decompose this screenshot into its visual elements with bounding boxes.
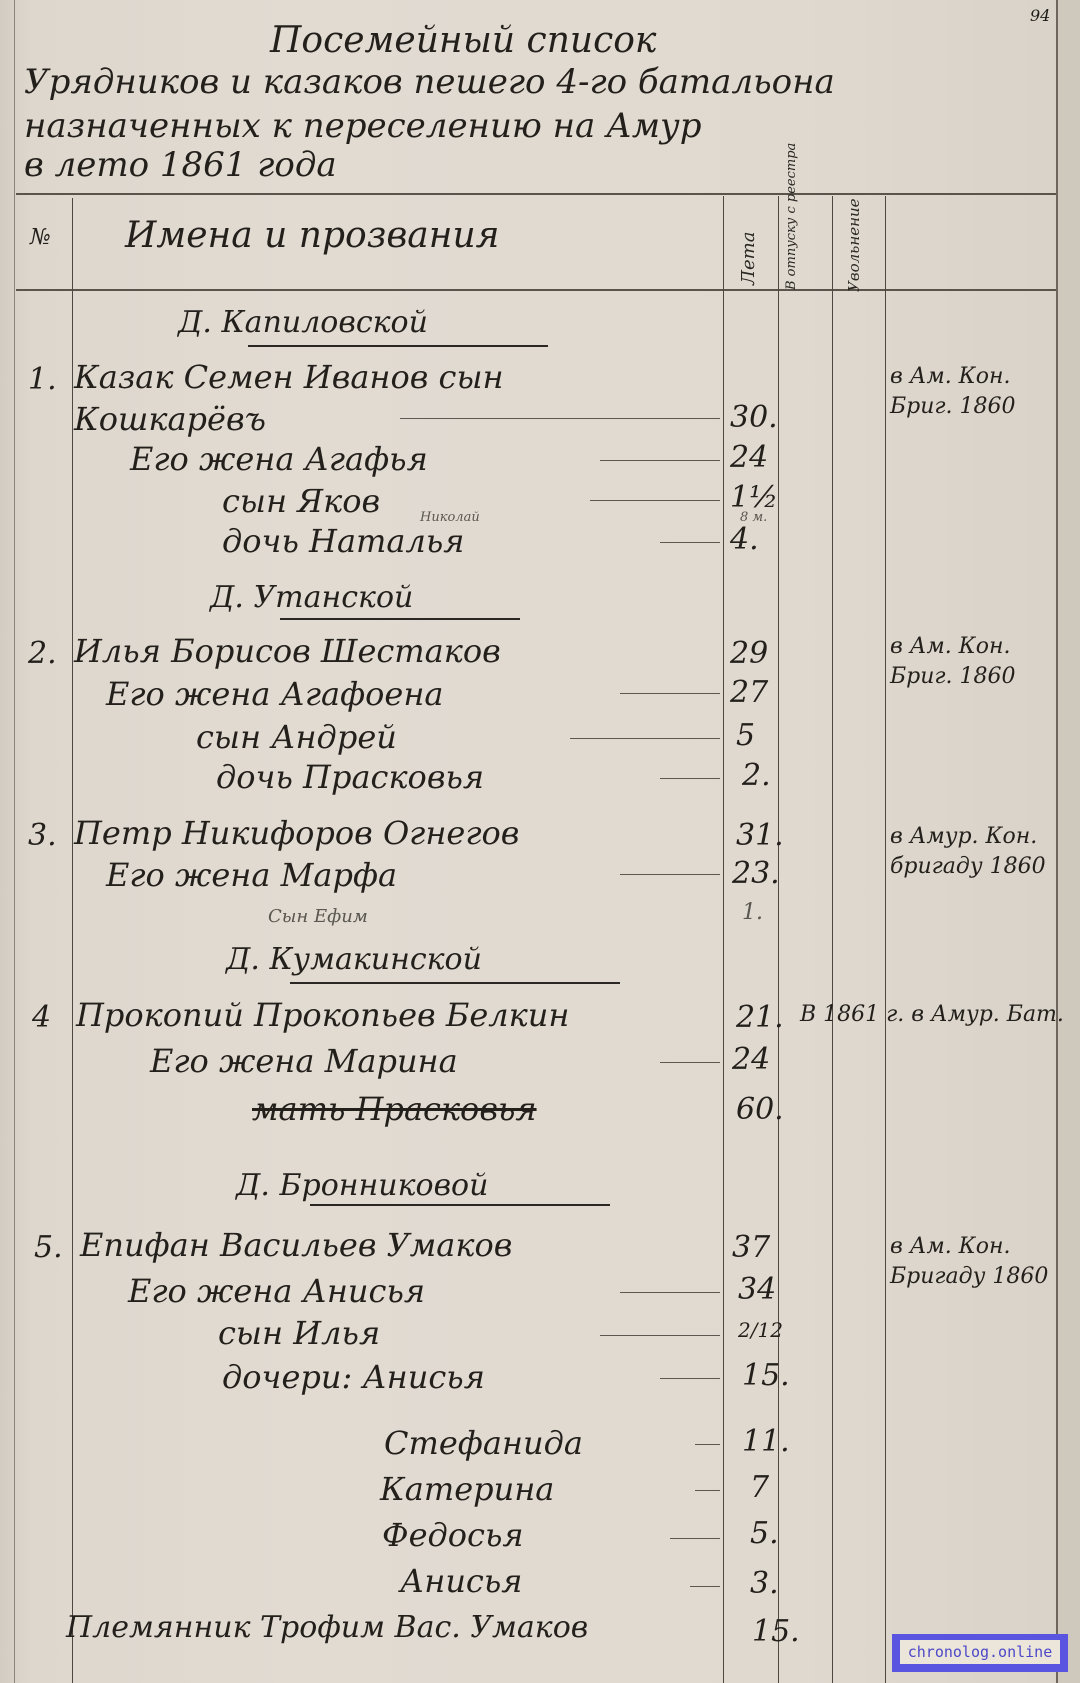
member-name: Епифан Васильев Умаков <box>80 1226 512 1264</box>
member-age: 30. <box>730 400 778 435</box>
leader-line <box>660 1062 720 1063</box>
family-note: в Ам. Кон. Бригаду 1860 <box>890 1232 1055 1292</box>
member-name: Его жена Агафоена <box>106 675 444 713</box>
header-age: Лета <box>738 232 759 285</box>
family-note: В 1861 г. в Амур. Бат. <box>800 1000 1060 1030</box>
member-age: 4. <box>730 522 759 557</box>
member-name: Анисья <box>400 1562 522 1600</box>
member-age: 31. <box>736 818 784 853</box>
village-heading: Д. Утанской <box>210 580 413 615</box>
family-number: 3. <box>28 818 57 853</box>
member-name: Его жена Агафья <box>130 440 428 478</box>
member-age: 37 <box>732 1230 770 1265</box>
column-divider-col4 <box>885 196 886 1683</box>
page-edge-left <box>14 0 15 1683</box>
member-age: 2. <box>742 758 771 793</box>
leader-line <box>620 874 720 875</box>
member-name: Его жена Анисья <box>128 1272 425 1310</box>
village-heading: Д. Капиловской <box>178 305 428 340</box>
title-line-2: Урядников и казаков пешего 4-го батальон… <box>24 62 835 102</box>
watermark-badge: chronolog.online <box>892 1634 1068 1672</box>
family-number: 4 <box>32 1000 51 1035</box>
member-name: Федосья <box>382 1516 524 1554</box>
village-underline <box>290 982 620 984</box>
village-underline <box>248 345 548 347</box>
village-heading: Д. Бронниковой <box>236 1168 488 1203</box>
page-number: 94 <box>1030 6 1050 25</box>
member-age: 24 <box>732 1042 770 1077</box>
header-top-rule <box>16 193 1056 195</box>
member-name: Петр Никифоров Огнегов <box>74 814 519 852</box>
member-age: 5 <box>736 718 755 753</box>
member-age: 60. <box>736 1092 784 1127</box>
member-age: 2/12 <box>738 1318 783 1342</box>
member-age: 11. <box>742 1424 790 1459</box>
member-age: 15. <box>742 1358 790 1393</box>
member-age: 7 <box>750 1470 769 1505</box>
member-name: Илья Борисов Шестаков <box>74 632 501 670</box>
leader-line <box>600 460 720 461</box>
member-name: Кошкарёвъ <box>74 400 266 438</box>
leader-line <box>690 1586 720 1587</box>
leader-line <box>590 500 720 501</box>
title-line-4: в лето 1861 года <box>24 145 337 185</box>
leader-line <box>570 738 720 739</box>
member-name: Прокопий Прокопьев Белкин <box>76 996 569 1034</box>
member-age: 21. <box>736 1000 784 1035</box>
member-name: Племянник Трофим Вас. Умаков <box>66 1610 588 1645</box>
leader-line <box>600 1335 720 1336</box>
leader-line <box>620 1292 720 1293</box>
member-age: 1. <box>742 900 763 925</box>
leader-line <box>620 693 720 694</box>
leader-line <box>695 1490 720 1491</box>
member-age: 3. <box>750 1566 779 1601</box>
member-age: 5. <box>750 1516 779 1551</box>
title-line-3: назначенных к переселению на Амур <box>24 106 702 146</box>
member-name: Катерина <box>380 1470 554 1508</box>
member-name: Его жена Марина <box>150 1042 458 1080</box>
family-note: в Ам. Кон. Бриг. 1860 <box>890 362 1055 422</box>
member-age: 23. <box>732 856 780 891</box>
member-age: 15. <box>752 1614 800 1649</box>
member-name-pencil: Сын Ефим <box>268 906 368 927</box>
header-names: Имена и прозвания <box>125 215 499 256</box>
member-name-struck: мать Прасковья <box>252 1090 537 1128</box>
village-underline <box>280 618 520 620</box>
member-age: 29 <box>730 636 768 671</box>
header-col3: В отпуску с реестра <box>784 143 799 290</box>
village-underline <box>310 1204 610 1206</box>
family-number: 2. <box>28 636 57 671</box>
leader-line <box>695 1444 720 1445</box>
page-edge-right <box>1056 0 1080 1683</box>
header-number: № <box>30 225 51 250</box>
member-age: 24 <box>730 440 768 475</box>
family-number: 5. <box>34 1230 63 1265</box>
member-name: Его жена Марфа <box>106 856 397 894</box>
member-name: дочь Наталья <box>222 522 464 560</box>
leader-line <box>660 778 720 779</box>
member-age: 27 <box>730 675 768 710</box>
column-divider-age-left <box>723 196 724 1683</box>
member-age: 34 <box>738 1272 776 1307</box>
leader-line <box>660 542 720 543</box>
member-name: дочери: Анисья <box>222 1358 485 1396</box>
column-divider-col3 <box>832 196 833 1683</box>
member-name: сын Илья <box>218 1314 380 1352</box>
leader-line <box>400 418 720 419</box>
title-line-1: Посемейный список <box>270 20 656 61</box>
member-name: Казак Семен Иванов сын <box>74 358 504 396</box>
family-number: 1. <box>28 362 57 397</box>
header-bottom-rule <box>16 289 1056 291</box>
member-name: дочь Прасковья <box>216 758 484 796</box>
family-note: в Амур. Кон. бригаду 1860 <box>890 822 1055 882</box>
village-heading: Д. Кумакинской <box>226 942 482 977</box>
member-name: сын Андрей <box>196 718 397 756</box>
leader-line <box>660 1378 720 1379</box>
family-note: в Ам. Кон. Бриг. 1860 <box>890 632 1055 692</box>
member-name: Стефанида <box>384 1424 583 1462</box>
watermark-text: chronolog.online <box>900 1640 1060 1664</box>
leader-line <box>670 1538 720 1539</box>
column-divider-age-right <box>778 196 779 1683</box>
member-name: сын Яков <box>222 482 380 520</box>
header-col4: Увольнение <box>845 199 863 293</box>
column-divider-number <box>72 198 73 1683</box>
